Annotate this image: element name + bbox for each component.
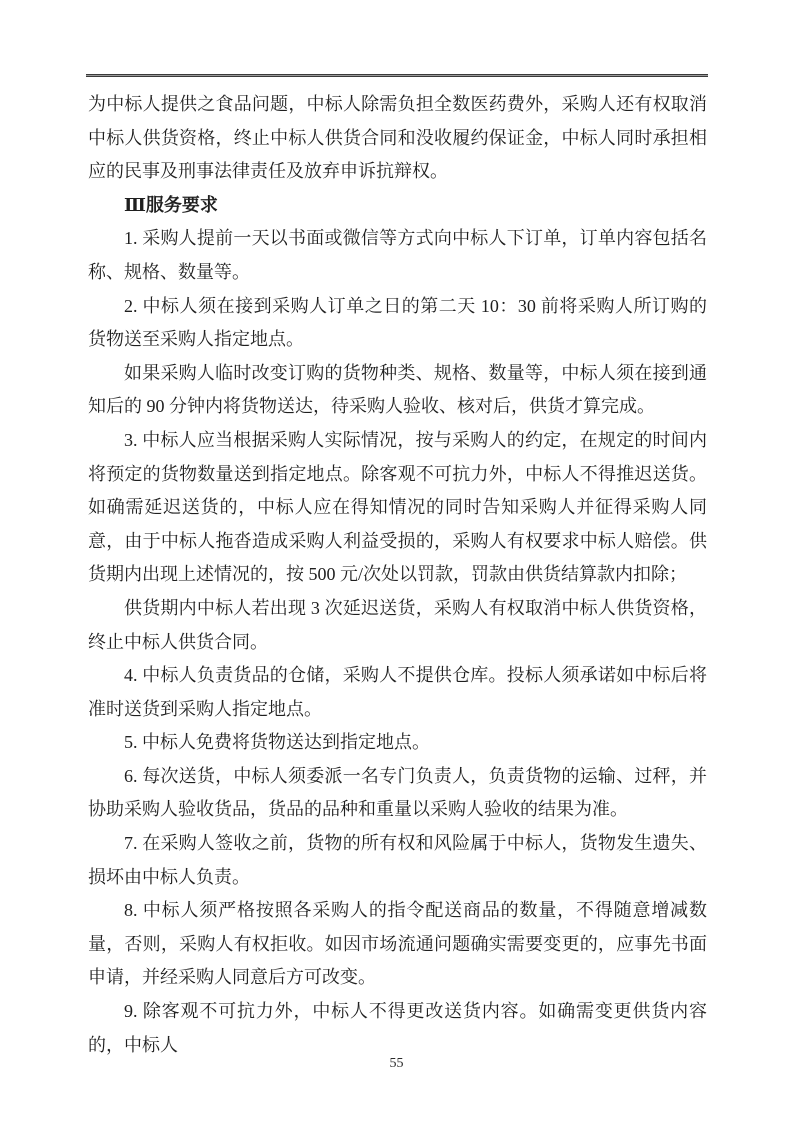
paragraph: 为中标人提供之食品问题，中标人除需负担全数医药费外，采购人还有权取消中标人供货资…	[88, 88, 707, 189]
paragraph: 供货期内中标人若出现 3 次延迟送货，采购人有权取消中标人供货资格，终止中标人供…	[88, 592, 707, 659]
section-heading: Ⅲ服务要求	[88, 189, 707, 223]
header-rule	[86, 74, 708, 77]
paragraph: 1. 采购人提前一天以书面或微信等方式向中标人下订单，订单内容包括名称、规格、数…	[88, 222, 707, 289]
paragraph: 5. 中标人免费将货物送达到指定地点。	[88, 726, 707, 760]
paragraph: 3. 中标人应当根据采购人实际情况，按与采购人的约定，在规定的时间内将预定的货物…	[88, 424, 707, 592]
paragraph: 如果采购人临时改变订购的货物种类、规格、数量等，中标人须在接到通知后的 90 分…	[88, 357, 707, 424]
paragraph: 9. 除客观不可抗力外，中标人不得更改送货内容。如确需变更供货内容的，中标人	[88, 995, 707, 1062]
document-page: 为中标人提供之食品问题，中标人除需负担全数医药费外，采购人还有权取消中标人供货资…	[0, 0, 793, 1122]
document-body: 为中标人提供之食品问题，中标人除需负担全数医药费外，采购人还有权取消中标人供货资…	[88, 88, 707, 1062]
paragraph: 7. 在采购人签收之前，货物的所有权和风险属于中标人，货物发生遗失、损坏由中标人…	[88, 827, 707, 894]
page-number: 55	[390, 1056, 404, 1071]
paragraph: 6. 每次送货，中标人须委派一名专门负责人，负责货物的运输、过秤，并协助采购人验…	[88, 760, 707, 827]
paragraph: 2. 中标人须在接到采购人订单之日的第二天 10：30 前将采购人所订购的货物送…	[88, 290, 707, 357]
paragraph: 8. 中标人须严格按照各采购人的指令配送商品的数量，不得随意增减数量，否则，采购…	[88, 894, 707, 995]
page-footer: 55	[0, 1056, 793, 1072]
paragraph: 4. 中标人负责货品的仓储，采购人不提供仓库。投标人须承诺如中标后将准时送货到采…	[88, 659, 707, 726]
